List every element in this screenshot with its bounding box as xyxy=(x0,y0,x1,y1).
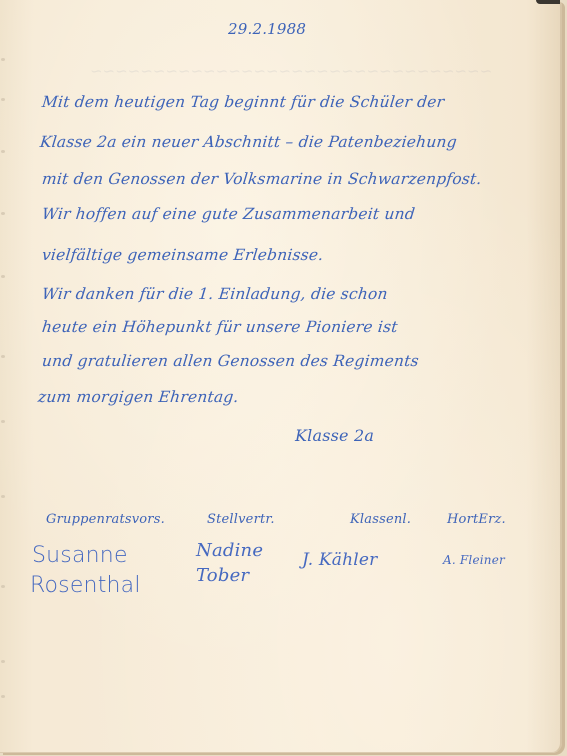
notebook-page: ~~~~~~~~~~~~~~~~~~~~~~~~~~~~~~~~ 29.2.19… xyxy=(0,0,562,753)
binding-hole xyxy=(1,275,5,278)
body-line: und gratulieren allen Genossen des Regim… xyxy=(41,352,420,370)
binding-hole xyxy=(1,660,5,663)
binding-hole xyxy=(1,212,5,215)
body-line: zum morgigen Ehrentag. xyxy=(37,388,240,406)
date: 29.2.1988 xyxy=(228,20,306,38)
binding-hole xyxy=(1,150,5,153)
binding-hole xyxy=(1,420,5,423)
body-line: vielfältige gemeinsame Erlebnisse. xyxy=(41,246,324,264)
signature-role: Klassenl. xyxy=(350,512,411,527)
signature: J. Kähler xyxy=(302,550,378,570)
body-line: Wir hoffen auf eine gute Zusammenarbeit … xyxy=(41,205,416,223)
binding-hole xyxy=(1,695,5,698)
body-line: heute ein Höhepunkt für unsere Pioniere … xyxy=(41,318,399,336)
binding-hole xyxy=(1,355,5,358)
signature-role: Stellvertr. xyxy=(207,512,275,527)
binding-hole xyxy=(1,585,5,588)
signoff: Klasse 2a xyxy=(295,426,374,445)
signature: Susanne xyxy=(32,543,128,568)
body-line: Klasse 2a ein neuer Abschnitt – die Pate… xyxy=(39,133,458,151)
signature: Nadine xyxy=(196,540,263,561)
signature-role: HortErz. xyxy=(447,512,506,527)
page-edge-shadow xyxy=(536,0,560,4)
binding-hole xyxy=(1,58,5,61)
signature: A. Fleiner xyxy=(443,553,505,567)
body-line: Mit dem heutigen Tag beginnt für die Sch… xyxy=(41,93,445,111)
binding-hole xyxy=(1,98,5,101)
body-line: mit den Genossen der Volksmarine in Schw… xyxy=(41,170,482,188)
binding-hole xyxy=(1,495,5,498)
bleed-through-text: ~~~~~~~~~~~~~~~~~~~~~~~~~~~~~~~~ xyxy=(90,62,492,80)
signature: Tober xyxy=(196,565,249,586)
signature: Rosenthal xyxy=(30,573,141,598)
body-line: Wir danken für die 1. Einladung, die sch… xyxy=(41,285,389,303)
signature-role: Gruppenratsvors. xyxy=(46,512,165,527)
